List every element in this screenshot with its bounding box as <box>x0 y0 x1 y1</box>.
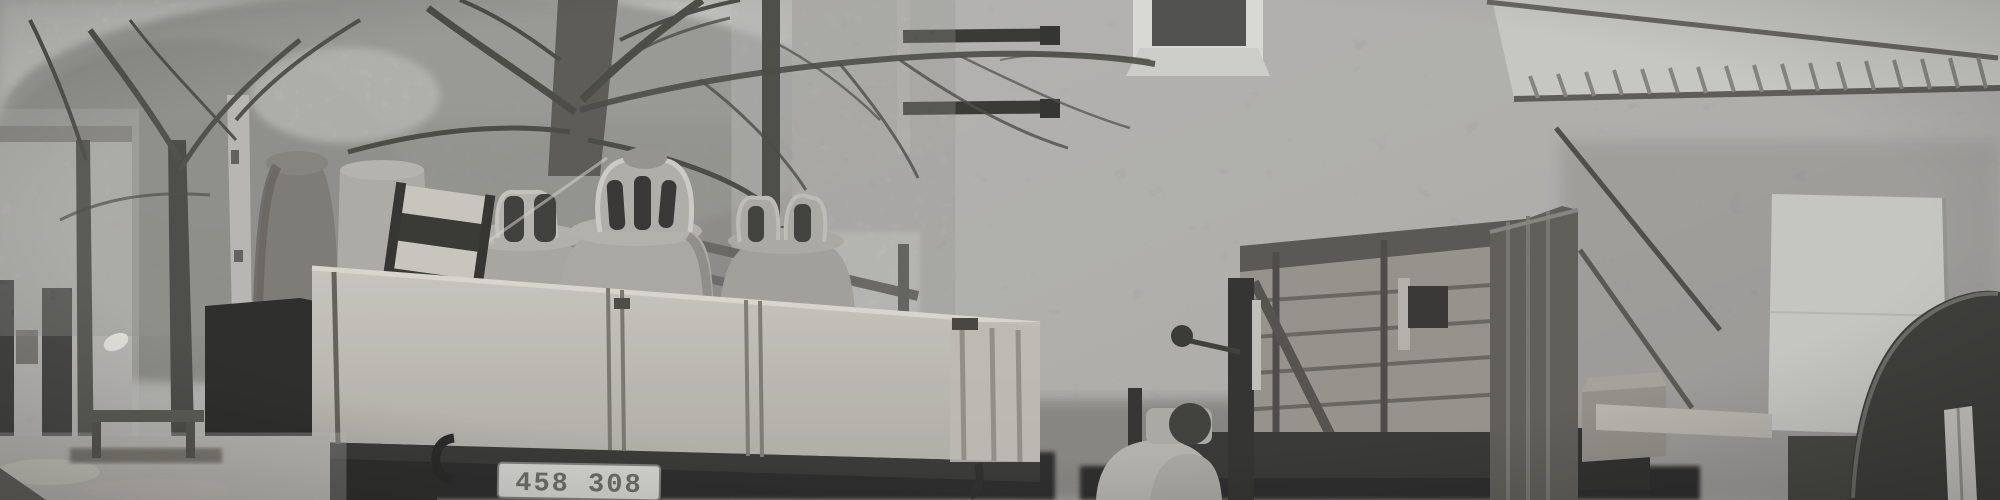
photo-canvas: 458 308 <box>0 0 2000 500</box>
vignette <box>0 0 2000 500</box>
photograph-bells-trucks: 458 308 <box>0 0 2000 500</box>
